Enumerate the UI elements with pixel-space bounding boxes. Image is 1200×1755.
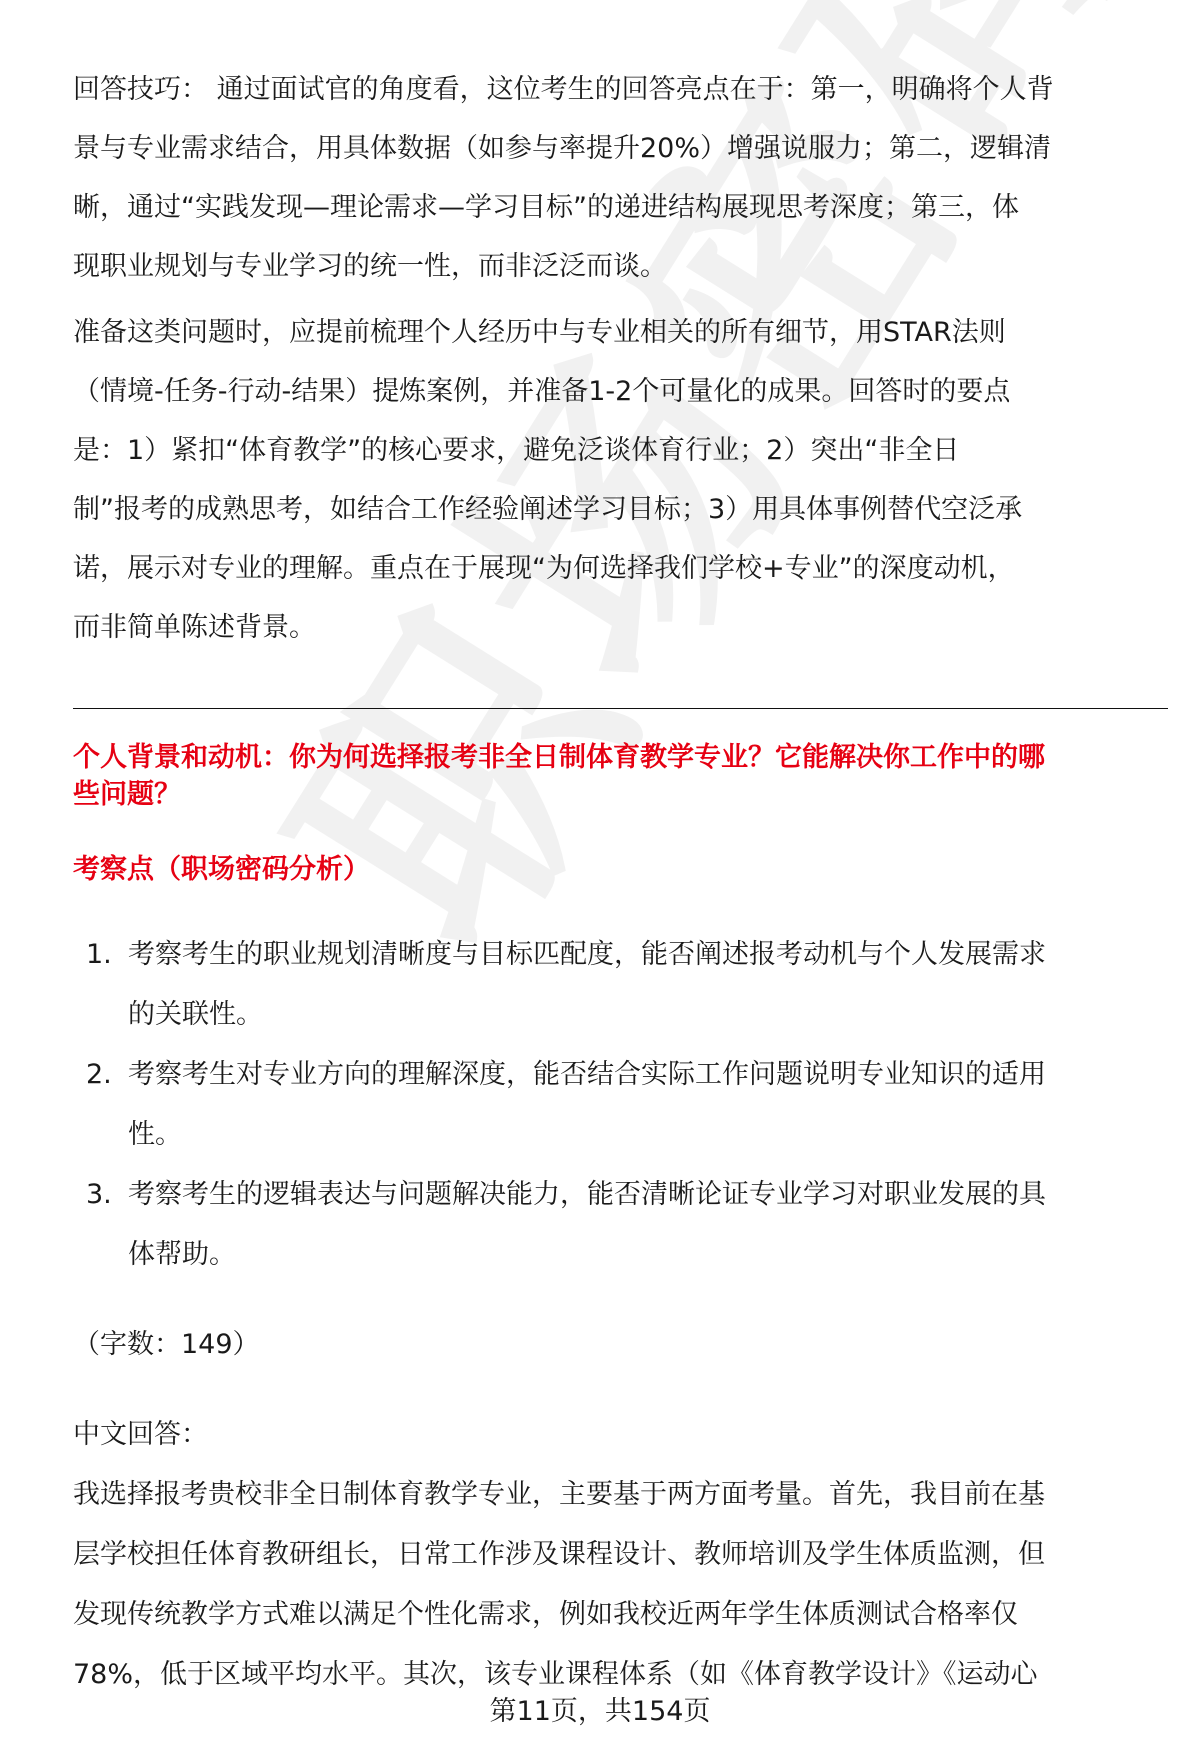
list-number: 2. [86, 1057, 112, 1093]
prep-line: 而非简单陈述背景。 [73, 610, 1168, 646]
list-item-text: 体帮助。 [128, 1237, 236, 1273]
list-item-text: 考察考生的逻辑表达与问题解决能力，能否清晰论证专业学习对职业发展的具 [128, 1177, 1046, 1213]
list-number: 3. [86, 1177, 112, 1213]
list-number: 1. [86, 937, 112, 973]
tips-line: 晰，通过“实践发现—理论需求—学习目标”的递进结构展现思考深度；第三，体 [73, 190, 1168, 226]
prep-line: （情境-任务-行动-结果）提炼案例，并准备1-2个可量化的成果。回答时的要点 [73, 374, 1168, 410]
prep-line: 诺，展示对专业的理解。重点在于展现“为何选择我们学校+专业”的深度动机， [73, 551, 1168, 587]
answer-line: 78%，低于区域平均水平。其次，该专业课程体系（如《体育教学设计》《运动心 [73, 1657, 1168, 1693]
question-heading: 些问题？ [73, 777, 1168, 813]
list-item-text: 的关联性。 [128, 997, 263, 1033]
list-item-text: 性。 [128, 1117, 182, 1153]
page-number: 第11页，共154页 [0, 1694, 1200, 1730]
answer-line: 发现传统教学方式难以满足个性化需求，例如我校近两年学生体质测试合格率仅 [73, 1597, 1168, 1633]
list-item-text: 考察考生对专业方向的理解深度，能否结合实际工作问题说明专业知识的适用 [128, 1057, 1046, 1093]
assessment-heading: 考察点（职场密码分析） [73, 852, 1168, 888]
prep-line: 准备这类问题时，应提前梳理个人经历中与专业相关的所有细节，用STAR法则 [73, 315, 1168, 351]
list-item-text: 考察考生的职业规划清晰度与目标匹配度，能否阐述报考动机与个人发展需求 [128, 937, 1046, 973]
document-page: 职场密码 回答技巧： 通过面试官的角度看，这位考生的回答亮点在于：第一，明确将个… [0, 0, 1200, 1755]
answer-label: 中文回答： [73, 1417, 1168, 1453]
tips-line: 景与专业需求结合，用具体数据（如参与率提升20%）增强说服力；第二，逻辑清 [73, 131, 1168, 167]
answer-line: 我选择报考贵校非全日制体育教学专业，主要基于两方面考量。首先，我目前在基 [73, 1477, 1168, 1513]
prep-line: 是：1）紧扣“体育教学”的核心要求，避免泛谈体育行业；2）突出“非全日 [73, 433, 1168, 469]
answer-line: 层学校担任体育教研组长，日常工作涉及课程设计、教师培训及学生体质监测，但 [73, 1537, 1168, 1573]
word-count: （字数：149） [73, 1327, 1168, 1363]
question-heading: 个人背景和动机：你为何选择报考非全日制体育教学专业？它能解决你工作中的哪 [73, 740, 1168, 776]
tips-line: 回答技巧： 通过面试官的角度看，这位考生的回答亮点在于：第一，明确将个人背 [73, 72, 1168, 108]
section-divider [73, 708, 1168, 709]
tips-line: 现职业规划与专业学习的统一性，而非泛泛而谈。 [73, 249, 1168, 285]
prep-line: 制”报考的成熟思考，如结合工作经验阐述学习目标；3）用具体事例替代空泛承 [73, 492, 1168, 528]
